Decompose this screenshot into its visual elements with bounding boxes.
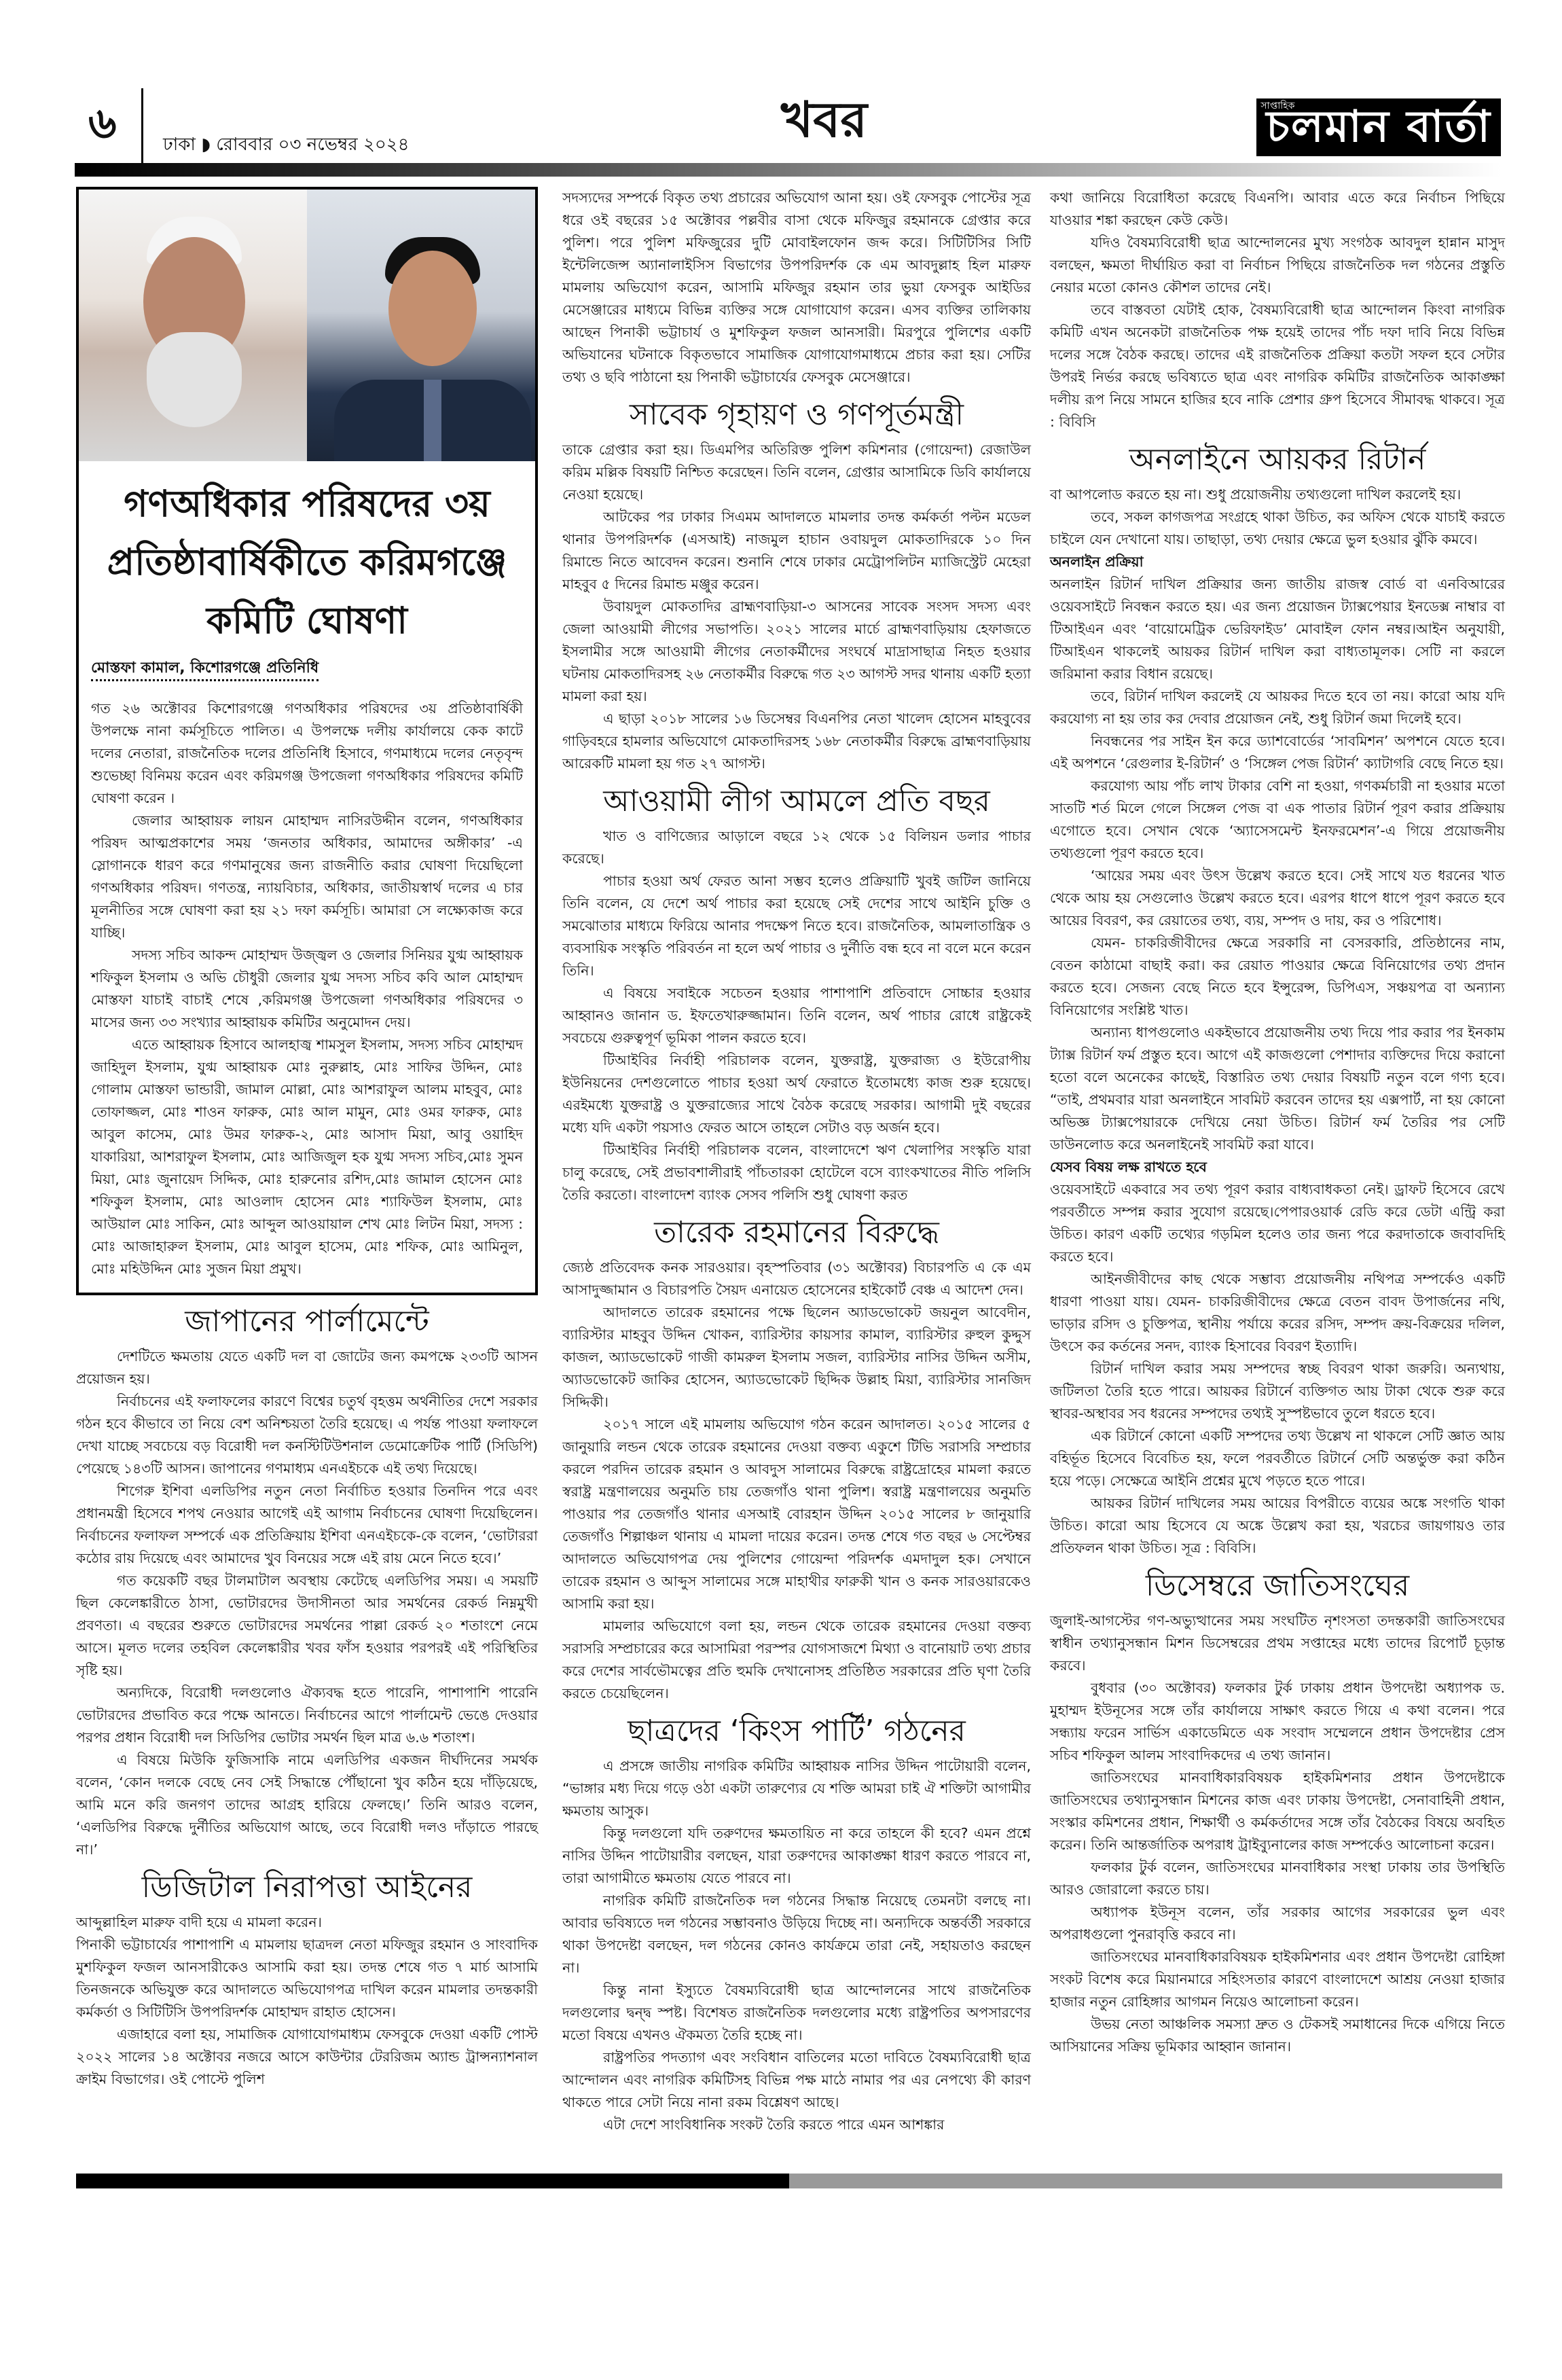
- masthead: ৬ ঢাকা ◗ রোববার ০৩ নভেম্বর ২০২৪ খবর সাপ্…: [75, 88, 1501, 170]
- paragraph-continued: সদস্যদের সম্পর্কে বিকৃত তথ্য প্রচারের অভ…: [562, 187, 1031, 389]
- masthead-divider: [141, 88, 143, 170]
- page-number: ৬: [88, 102, 117, 145]
- footer-rule-light: [789, 2174, 1502, 2188]
- feature-byline: মোস্তফা কামাল, কিশোরগঞ্জে প্রতিনিধি: [91, 657, 319, 681]
- paragraph: করযোগ্য আয় পাঁচ লাখ টাকার বেশি না হওয়া…: [1050, 775, 1505, 865]
- paragraph: তাকে গ্রেপ্তার করা হয়। ডিএমপির অতিরিক্ত…: [562, 439, 1031, 506]
- paragraph: অনলাইন রিটার্ন দাখিল প্রক্রিয়ার জন্য জা…: [1050, 573, 1505, 685]
- article-headline: ডিসেম্বরে জাতিসংঘের: [1050, 1566, 1505, 1606]
- column-left: গণঅধিকার পরিষদের ৩য় প্রতিষ্ঠাবার্ষিকীতে…: [76, 187, 538, 2091]
- section-title: খবর: [781, 95, 867, 144]
- masthead-gradient-rule: [75, 163, 1501, 177]
- article-online-tax-return: অনলাইনে আয়কর রিটার্ন বা আপলোড করতে হয় …: [1050, 440, 1505, 1559]
- paragraph: উভয় নেতা আঞ্চলিক সমস্যা দ্রুত ও টেকসই স…: [1050, 2013, 1505, 2058]
- paragraph: উবায়দুল মোকতাদির ব্রাহ্মণবাড়িয়া-৩ আসন…: [562, 596, 1031, 708]
- paragraph: জ্যেষ্ঠ প্রতিবেদক কনক সারওয়ার। বৃহস্পতি…: [562, 1257, 1031, 1301]
- logo-tagline: সাপ্তাহিক: [1260, 98, 1294, 114]
- column-middle: সদস্যদের সম্পর্কে বিকৃত তথ্য প্রচারের অভ…: [562, 187, 1031, 2136]
- paragraph: ফলকার টুর্ক বলেন, জাতিসংঘের মানবাধিকার স…: [1050, 1856, 1505, 1901]
- paragraph: রাষ্ট্রপতির পদত্যাগ এবং সংবিধান বাতিলের …: [562, 2047, 1031, 2114]
- paragraph: এক রিটার্নে কোনো একটি সম্পদের তথ্য উল্লে…: [1050, 1425, 1505, 1492]
- paragraph: এ বিষয়ে মিউকি ফুজিসাকি নামে এলডিপির একজ…: [76, 1749, 538, 1861]
- paragraph: জাতিসংঘের মানবাধিকারবিষয়ক হাইকমিশনার প্…: [1050, 1767, 1505, 1856]
- paragraph: ‘আয়ের সময় এবং উৎস উল্লেখ করতে হবে। সেই…: [1050, 865, 1505, 932]
- paragraph: জেলার আহ্বায়ক লায়ন মোহাম্মদ নাসিরউদ্দী…: [91, 810, 523, 944]
- article-headline: ছাত্রদের ‘কিংস পার্টি’ গঠনের: [562, 1712, 1031, 1751]
- paragraph: আইনজীবীদের কাছ থেকে সম্ভাব্য প্রয়োজনীয়…: [1050, 1268, 1505, 1358]
- paragraph: বুধবার (৩০ অক্টোবর) ফলকার টুর্ক ঢাকায় প…: [1050, 1677, 1505, 1767]
- article-headline: তারেক রহমানের বিরুদ্ধে: [562, 1213, 1031, 1252]
- face-shape: [388, 251, 477, 366]
- article-headline: অনলাইনে আয়কর রিটার্ন: [1050, 440, 1505, 480]
- paragraph: তবে, রিটার্ন দাখিল করলেই যে আয়কর দিতে হ…: [1050, 685, 1505, 730]
- paragraph: এটা দেশে সাংবিধানিক সংকট তৈরি করতে পারে …: [562, 2114, 1031, 2136]
- paragraph: পাচার হওয়া অর্থ ফেরত আনা সম্ভব হলেও প্র…: [562, 870, 1031, 982]
- paragraph: নাগরিক কমিটি রাজনৈতিক দল গঠনের সিদ্ধান্ত…: [562, 1890, 1031, 1979]
- article-awami-league-money-laundering: আওয়ামী লীগ আমলে প্রতি বছর খাত ও বাণিজ্য…: [562, 782, 1031, 1206]
- paragraph: অন্যান্য ধাপগুলোও একইভাবে প্রয়োজনীয় তথ…: [1050, 1022, 1505, 1156]
- paragraph-continued: কথা জানিয়ে বিরোধিতা করেছে বিএনপি। আবার …: [1050, 187, 1505, 232]
- paragraph: যেমন- চাকরিজীবীদের ক্ষেত্রে সরকারি না বে…: [1050, 932, 1505, 1022]
- paragraph: দেশটিতে ক্ষমতায় যেতে একটি দল বা জোটের জ…: [76, 1346, 538, 1390]
- paragraph: গত ২৬ অক্টোবর কিশোরগঞ্জে গণঅধিকার পরিষদে…: [91, 698, 523, 810]
- paragraph: অন্যদিকে, বিরোধী দলগুলোও ঐক্যবদ্ধ হতে পা…: [76, 1682, 538, 1749]
- paragraph: অধ্যাপক ইউনূস বলেন, তাঁর সরকার আগের সরকা…: [1050, 1901, 1505, 1946]
- paragraph: আটকের পর ঢাকার সিএমম আদালতে মামলার তদন্ত…: [562, 506, 1031, 596]
- paragraph: জাতিসংঘের মানবাধিকারবিষয়ক হাইকমিশনার এব…: [1050, 1946, 1505, 2013]
- paragraph: ওয়েবসাইটে একবারে সব তথ্য পূরণ করার বাধ্…: [1050, 1178, 1505, 1268]
- paragraph: তবে, সকল কাগজপত্র সংগ্রহে থাকা উচিত, কর …: [1050, 506, 1505, 551]
- article-former-minister: সাবেক গৃহায়ণ ও গণপূর্তমন্ত্রী তাকে গ্রে…: [562, 395, 1031, 775]
- paragraph: আব্দুল্লাহিল মারুফ বাদী হয়ে এ মামলা করে…: [76, 1911, 538, 1934]
- newspaper-logo: সাপ্তাহিক চলমান বার্তা: [1256, 88, 1501, 156]
- paragraph: আয়কর রিটার্ন দাখিলের সময় আয়ের বিপরীতে…: [1050, 1492, 1505, 1559]
- article-headline: আওয়ামী লীগ আমলে প্রতি বছর: [562, 782, 1031, 821]
- article-tarek-rahman: তারেক রহমানের বিরুদ্ধে জ্যেষ্ঠ প্রতিবেদক…: [562, 1213, 1031, 1705]
- paragraph: টিআইবির নির্বাহী পরিচালক বলেন, বাংলাদেশে…: [562, 1139, 1031, 1206]
- paragraph: জুলাই-আগস্টের গণ-অভ্যুত্থানের সময় সংঘটি…: [1050, 1610, 1505, 1677]
- feature-article-gonoodhikar: গণঅধিকার পরিষদের ৩য় প্রতিষ্ঠাবার্ষিকীতে…: [76, 187, 538, 1295]
- paragraph: এজাহারে বলা হয়, সামাজিক যোগাযোগমাধ্যম ফ…: [76, 2023, 538, 2091]
- article-subhead: অনলাইন প্রক্রিয়া: [1050, 551, 1505, 573]
- paragraph: নিবন্ধনের পর সাইন ইন করে ড্যাশবোর্ডের ‘স…: [1050, 730, 1505, 775]
- paragraph: খাত ও বাণিজ্যের আড়ালে বছরে ১২ থেকে ১৫ ব…: [562, 825, 1031, 870]
- paragraph: এ প্রসঙ্গে জাতীয় নাগরিক কমিটির আহ্বায়ক…: [562, 1755, 1031, 1822]
- footer-rule: [76, 2174, 1502, 2188]
- beard-shape: [147, 332, 242, 427]
- paragraph: তবে বাস্তবতা যেটাই হোক, বৈষম্যবিরোধী ছাত…: [1050, 299, 1505, 433]
- dateline: ঢাকা ◗ রোববার ০৩ নভেম্বর ২০২৪: [163, 130, 410, 160]
- paragraph: কিন্তু দলগুলো যদি তরুণদের ক্ষমতায়িত না …: [562, 1822, 1031, 1890]
- article-kings-party: ছাত্রদের ‘কিংস পার্টি’ গঠনের এ প্রসঙ্গে …: [562, 1712, 1031, 2136]
- paragraph: রিটার্ন দাখিল করার সময় সম্পদের স্বচ্ছ ব…: [1050, 1358, 1505, 1425]
- paragraph: নির্বাচনের এই ফলাফলের কারণে বিশ্বের চতুর…: [76, 1390, 538, 1480]
- article-headline: সাবেক গৃহায়ণ ও গণপূর্তমন্ত্রী: [562, 395, 1031, 435]
- article-headline: জাপানের পার্লামেন্টে: [76, 1302, 538, 1341]
- paragraph: আদালতে তারেক রহমানের পক্ষে ছিলেন অ্যাডভো…: [562, 1301, 1031, 1413]
- feature-photos: [79, 190, 535, 461]
- paragraph: গত কয়েকটি বছর টালমাটাল অবস্থায় কেটেছে …: [76, 1570, 538, 1682]
- paragraph: পিনাকী ভট্টাচার্যের পাশাপাশি এ মামলায় ছ…: [76, 1934, 538, 2023]
- article-japan-parliament: জাপানের পার্লামেন্টে দেশটিতে ক্ষমতায় যে…: [76, 1302, 538, 1861]
- paragraph: সদস্য সচিব আকন্দ মোহাম্মদ উজ্জ্বল ও জেলা…: [91, 944, 523, 1034]
- tie-shape: [424, 380, 441, 461]
- paragraph: যদিও বৈষম্যবিরোধী ছাত্র আন্দোলনের মুখ্য …: [1050, 232, 1505, 299]
- paragraph: বা আপলোড করতে হয় না। শুধু প্রয়োজনীয় ত…: [1050, 484, 1505, 506]
- paragraph: এ বিষয়ে সবাইকে সচেতন হওয়ার পাশাপাশি প্…: [562, 982, 1031, 1049]
- paragraph: ২০১৭ সালে এই মামলায় অভিযোগ গঠন করেন আদা…: [562, 1413, 1031, 1615]
- paragraph: শিগেরু ইশিবা এলডিপির নতুন নেতা নির্বাচিত…: [76, 1480, 538, 1570]
- footer-rule-dark: [76, 2174, 789, 2188]
- paragraph: কিন্তু নানা ইস্যুতে বৈষম্যবিরোধী ছাত্র আ…: [562, 1979, 1031, 2047]
- article-digital-security-act: ডিজিটাল নিরাপত্তা আইনের আব্দুল্লাহিল মার…: [76, 1868, 538, 2091]
- paragraph: মামলার অভিযোগে বলা হয়, লন্ডন থেকে তারেক…: [562, 1615, 1031, 1705]
- feature-headline: গণঅধিকার পরিষদের ৩য় প্রতিষ্ঠাবার্ষিকীতে…: [91, 475, 523, 650]
- paragraph: এ ছাড়া ২০১৮ সালের ১৬ ডিসেম্বর বিএনপির ন…: [562, 708, 1031, 775]
- article-un-december: ডিসেম্বরে জাতিসংঘের জুলাই-আগস্টের গণ-অভ্…: [1050, 1566, 1505, 2058]
- photo-man-in-suit: [307, 190, 535, 461]
- photo-elder-man: [79, 190, 307, 461]
- paragraph: টিআইবির নির্বাহী পরিচালক বলেন, যুক্তরাষ্…: [562, 1049, 1031, 1139]
- article-headline: ডিজিটাল নিরাপত্তা আইনের: [76, 1868, 538, 1907]
- article-subhead: যেসব বিষয় লক্ষ রাখতে হবে: [1050, 1156, 1505, 1178]
- column-right: কথা জানিয়ে বিরোধিতা করেছে বিএনপি। আবার …: [1050, 187, 1505, 2058]
- paragraph: এতে আহ্বায়ক হিসাবে আলহাজ্ব শামসুল ইসলাম…: [91, 1034, 523, 1280]
